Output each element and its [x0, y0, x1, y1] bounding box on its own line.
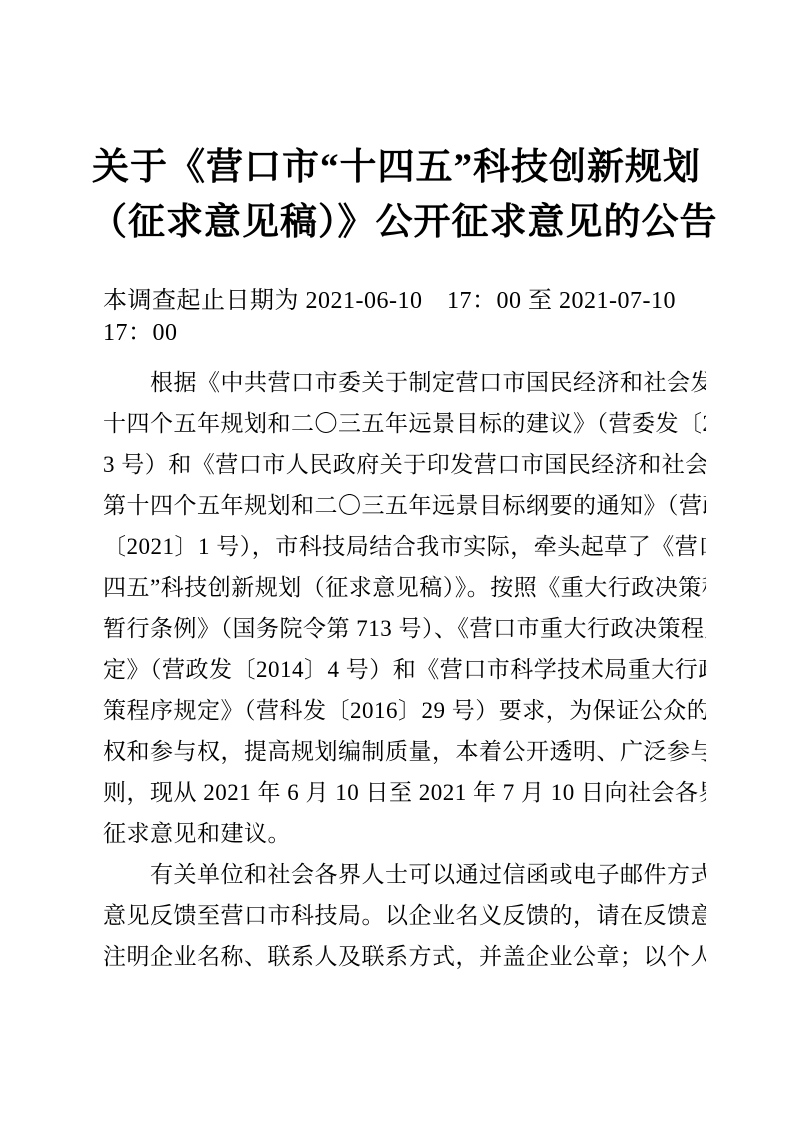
body-line: 四五”科技创新规划（征求意见稿）》。按照《重大行政决策程序	[103, 567, 706, 608]
notice-title: 关于《营口市“十四五”科技创新规划 （征求意见稿）》公开征求意见的公告	[90, 140, 703, 250]
notice-body: 根据《中共营口市委关于制定营口市国民经济和社会发展第 十四个五年规划和二〇三五年…	[103, 362, 706, 977]
body-line: 策程序规定》（营科发〔2016〕29 号）要求，为保证公众的知情	[103, 690, 706, 731]
body-line: 〔2021〕1 号），市科技局结合我市实际，牵头起草了《营口市“十	[103, 526, 706, 567]
survey-period-line: 本调查起止日期为 2021-06-10 17：00 至 2021-07-10 1…	[103, 285, 713, 349]
body-line: 征求意见和建议。	[103, 813, 706, 854]
notice-title-line-2: （征求意见稿）》公开征求意见的公告	[90, 195, 703, 250]
notice-title-line-1: 关于《营口市“十四五”科技创新规划	[90, 140, 703, 195]
body-line: 意见反馈至营口市科技局。以企业名义反馈的，请在反馈意见后	[103, 895, 706, 936]
body-line: 有关单位和社会各界人士可以通过信函或电子邮件方式将	[103, 854, 706, 895]
body-line: 则，现从 2021 年 6 月 10 日至 2021 年 7 月 10 日向社会…	[103, 772, 706, 813]
body-line: 根据《中共营口市委关于制定营口市国民经济和社会发展第	[103, 362, 706, 403]
body-line: 暂行条例》（国务院令第 713 号）、《营口市重大行政决策程序规	[103, 608, 706, 649]
body-line: 十四个五年规划和二〇三五年远景目标的建议》（营委发〔2021〕	[103, 403, 706, 444]
body-line: 3 号）和《营口市人民政府关于印发营口市国民经济和社会发展	[103, 444, 706, 485]
body-line: 注明企业名称、联系人及联系方式，并盖企业公章；以个人名义	[103, 936, 706, 977]
body-line: 定》（营政发〔2014〕4 号）和《营口市科学技术局重大行政决	[103, 649, 706, 690]
document-page: 关于《营口市“十四五”科技创新规划 （征求意见稿）》公开征求意见的公告 本调查起…	[0, 0, 793, 1122]
body-line: 第十四个五年规划和二〇三五年远景目标纲要的通知》（营政发	[103, 485, 706, 526]
body-line: 权和参与权，提高规划编制质量，本着公开透明、广泛参与的原	[103, 731, 706, 772]
